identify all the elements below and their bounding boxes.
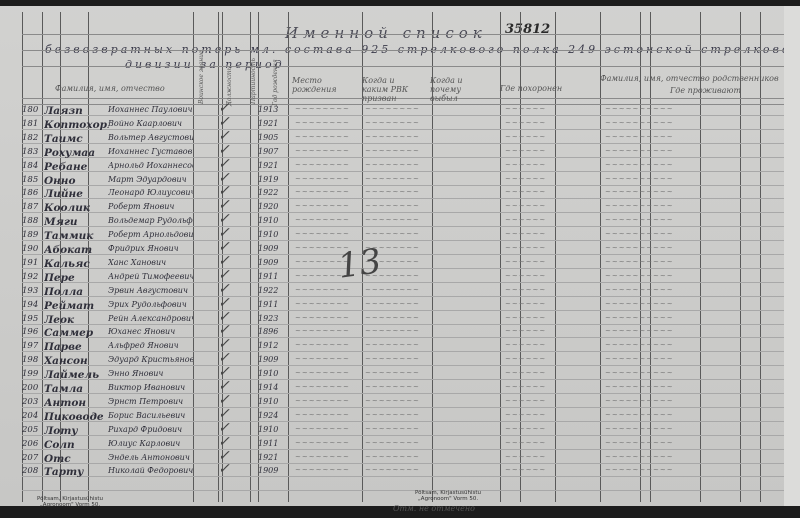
given-name: Войно Каарлович	[108, 119, 193, 128]
handwritten-cell: ~~~~~~~~~~	[295, 341, 350, 349]
row-number: 190	[22, 244, 44, 254]
row-number: 208	[22, 466, 44, 476]
handwritten-cell: ~~~~~~~~~~	[295, 466, 350, 474]
family-name: Леок	[44, 314, 109, 326]
handwritten-cell: ~~~~~~~~~~	[365, 286, 420, 294]
given-name: Эндель Антонович	[108, 453, 193, 462]
row-number: 189	[22, 230, 44, 240]
row-number: 188	[22, 216, 44, 226]
handwritten-cell: ~~~~~~~~~~	[505, 286, 545, 294]
handwritten-cell: ~~~~~~~~~~	[295, 411, 350, 419]
handwritten-cell: ~~~~~~~~~~	[365, 466, 420, 474]
family-name: Парве	[44, 341, 109, 353]
given-name: Леонард Юлиусович	[108, 188, 193, 197]
row-number: 204	[22, 411, 44, 421]
family-name: Кальяс	[44, 258, 109, 270]
family-name: Саммер	[44, 327, 109, 339]
handwritten-cell: ~~~~~~~~~~	[605, 314, 695, 322]
birth-year: 1910	[258, 230, 284, 239]
printer-mark-left: Pöltsam, Kirjastusühistu „Agronoom" Vorm…	[20, 496, 120, 508]
given-name: Вольтер Августович	[108, 133, 193, 142]
handwritten-cell: ~~~~~~~~~~	[365, 230, 420, 238]
family-name: Рохумаа	[44, 147, 109, 159]
handwritten-cell: ~~~~~~~~~~	[505, 341, 545, 349]
column-header-left: Когда и почему выбыл	[430, 76, 485, 103]
handwritten-cell: ~~~~~~~~~~	[365, 341, 420, 349]
handwritten-cell: ~~~~~~~~~~	[365, 188, 420, 196]
handwritten-cell: ~~~~~~~~~~	[605, 425, 695, 433]
handwritten-number: 13	[335, 241, 383, 287]
handwritten-cell: ~~~~~~~~~~	[505, 383, 545, 391]
birth-year: 1922	[258, 286, 284, 295]
row-number: 180	[22, 105, 44, 115]
birth-year: 1909	[258, 244, 284, 253]
given-name: Фридрих Янович	[108, 244, 193, 253]
handwritten-cell: ~~~~~~~~~~	[295, 355, 350, 363]
handwritten-cell: ~~~~~~~~~~	[505, 202, 545, 210]
handwritten-cell: ~~~~~~~~~~	[505, 216, 545, 224]
handwritten-cell: ~~~~~~~~~~	[605, 216, 695, 224]
birth-year: 1905	[258, 133, 284, 142]
handwritten-cell: ~~~~~~~~~~	[295, 439, 350, 447]
handwritten-cell: ~~~~~~~~~~	[295, 230, 350, 238]
row-number: 200	[22, 383, 44, 393]
family-name: Таимс	[44, 133, 109, 145]
printer-mark-center: Pöltsam, Kirjastusühistu „Agronoom" Vorm…	[398, 490, 498, 502]
family-name: Онно	[44, 175, 109, 187]
given-name: Роберт Арнольдович	[108, 230, 193, 239]
handwritten-cell: ~~~~~~~~~~	[295, 161, 350, 169]
given-name: Энно Янович	[108, 369, 193, 378]
handwritten-cell: ~~~~~~~~~~	[505, 466, 545, 474]
birth-year: 1910	[258, 425, 284, 434]
handwritten-cell: ~~~~~~~~~~	[505, 397, 545, 405]
handwritten-cell: ~~~~~~~~~~	[295, 383, 350, 391]
row-number: 184	[22, 161, 44, 171]
handwritten-cell: ~~~~~~~~~~	[505, 230, 545, 238]
handwritten-cell: ~~~~~~~~~~	[505, 244, 545, 252]
handwritten-cell: ~~~~~~~~~~	[605, 188, 695, 196]
handwritten-cell: ~~~~~~~~~~	[505, 425, 545, 433]
row-number: 187	[22, 202, 44, 212]
document-sheet: Именной список 35812 безвозвратных потер…	[0, 6, 792, 506]
family-name: Пере	[44, 272, 109, 284]
family-name: Тамла	[44, 383, 109, 395]
handwritten-cell: ~~~~~~~~~~	[365, 369, 420, 377]
handwritten-cell: ~~~~~~~~~~	[365, 216, 420, 224]
given-name: Виктор Иванович	[108, 383, 193, 392]
handwritten-cell: ~~~~~~~~~~	[365, 119, 420, 127]
handwritten-cell: ~~~~~~~~~~	[365, 105, 420, 113]
given-name: Эрих Рудольфович	[108, 300, 193, 309]
handwritten-cell: ~~~~~~~~~~	[605, 300, 695, 308]
family-name: Коолик	[44, 202, 109, 214]
given-name: Иоханнес Паулович	[108, 105, 193, 114]
handwritten-cell: ~~~~~~~~~~	[605, 397, 695, 405]
column-header-birthplace: Место рождения	[292, 76, 352, 94]
family-name: Лоту	[44, 425, 109, 437]
handwritten-cell: ~~~~~~~~~~	[505, 161, 545, 169]
family-name: Таммик	[44, 230, 109, 242]
family-name: Пиководе	[44, 411, 109, 423]
family-name: Ребане	[44, 161, 109, 173]
handwritten-cell: ~~~~~~~~~~	[365, 314, 420, 322]
handwritten-cell: ~~~~~~~~~~	[365, 202, 420, 210]
handwritten-cell: ~~~~~~~~~~	[365, 133, 420, 141]
handwritten-cell: ~~~~~~~~~~	[505, 258, 545, 266]
column-header-party: Партийность	[250, 74, 257, 104]
birth-year: 1923	[258, 314, 284, 323]
given-name: Альфред Янович	[108, 341, 193, 350]
handwritten-cell: ~~~~~~~~~~	[605, 202, 695, 210]
birth-year: 1910	[258, 216, 284, 225]
row-number: 192	[22, 272, 44, 282]
birth-year: 1924	[258, 411, 284, 420]
row-number: 199	[22, 369, 44, 379]
handwritten-cell: ~~~~~~~~~~	[365, 411, 420, 419]
handwritten-cell: ~~~~~~~~~~	[505, 369, 545, 377]
grid-line	[22, 50, 784, 51]
handwritten-cell: ~~~~~~~~~~	[605, 466, 695, 474]
handwritten-cell: ~~~~~~~~~~	[605, 439, 695, 447]
handwritten-cell: ~~~~~~~~~~	[295, 369, 350, 377]
handwritten-cell: ~~~~~~~~~~	[505, 188, 545, 196]
given-name: Вольдемар Рудольфович	[108, 216, 193, 225]
birth-year: 1907	[258, 147, 284, 156]
handwritten-cell: ~~~~~~~~~~	[505, 355, 545, 363]
family-name: Мяги	[44, 216, 109, 228]
handwritten-cell: ~~~~~~~~~~	[365, 300, 420, 308]
handwritten-cell: ~~~~~~~~~~	[365, 147, 420, 155]
birth-year: 1911	[258, 272, 284, 281]
column-header-called: Когда и каким РВК призван	[362, 76, 417, 103]
family-name: Солп	[44, 439, 109, 451]
family-name: Полла	[44, 286, 109, 298]
handwritten-cell: ~~~~~~~~~~	[365, 383, 420, 391]
birth-year: 1909	[258, 258, 284, 267]
family-name: Абокат	[44, 244, 109, 256]
row-number: 191	[22, 258, 44, 268]
given-name: Эрнст Петрович	[108, 397, 193, 406]
handwritten-cell: ~~~~~~~~~~	[295, 300, 350, 308]
row-number: 206	[22, 439, 44, 449]
handwritten-cell: ~~~~~~~~~~	[295, 314, 350, 322]
family-name: Лаязп	[44, 105, 109, 117]
given-name: Эдуард Кристьянович	[108, 355, 193, 364]
signature: Отм. не отмечено	[393, 504, 475, 513]
handwritten-cell: ~~~~~~~~~~	[295, 175, 350, 183]
handwritten-cell: ~~~~~~~~~~	[365, 397, 420, 405]
handwritten-cell: ~~~~~~~~~~	[365, 327, 420, 335]
handwritten-cell: ~~~~~~~~~~	[365, 175, 420, 183]
given-name: Рихард Фридович	[108, 425, 193, 434]
row-number: 196	[22, 327, 44, 337]
row-number: 205	[22, 425, 44, 435]
handwritten-cell: ~~~~~~~~~~	[605, 383, 695, 391]
given-name: Борис Васильевич	[108, 411, 193, 420]
handwritten-cell: ~~~~~~~~~~	[295, 105, 350, 113]
row-number: 197	[22, 341, 44, 351]
handwritten-cell: ~~~~~~~~~~	[295, 286, 350, 294]
handwritten-cell: ~~~~~~~~~~	[605, 161, 695, 169]
handwritten-cell: ~~~~~~~~~~	[295, 133, 350, 141]
birth-year: 1921	[258, 119, 284, 128]
handwritten-cell: ~~~~~~~~~~	[505, 175, 545, 183]
handwritten-cell: ~~~~~~~~~~	[295, 119, 350, 127]
handwritten-cell: ~~~~~~~~~~	[605, 327, 695, 335]
handwritten-cell: ~~~~~~~~~~	[295, 397, 350, 405]
given-name: Андрей Тимофеевич	[108, 272, 193, 281]
row-number: 181	[22, 119, 44, 129]
document-title: Именной список	[285, 24, 487, 42]
given-name: Ханс Ханович	[108, 258, 193, 267]
birth-year: 1896	[258, 327, 284, 336]
row-number: 186	[22, 188, 44, 198]
handwritten-cell: ~~~~~~~~~~	[605, 133, 695, 141]
row-number: 182	[22, 133, 44, 143]
handwritten-cell: ~~~~~~~~~~	[505, 411, 545, 419]
birth-year: 1909	[258, 466, 284, 475]
handwritten-cell: ~~~~~~~~~~	[605, 453, 695, 461]
given-name: Март Эдуардович	[108, 175, 193, 184]
handwritten-cell: ~~~~~~~~~~	[605, 119, 695, 127]
handwritten-cell: ~~~~~~~~~~	[605, 244, 695, 252]
given-name: Эрвин Августович	[108, 286, 193, 295]
birth-year: 1919	[258, 175, 284, 184]
handwritten-cell: ~~~~~~~~~~	[365, 161, 420, 169]
birth-year: 1909	[258, 355, 284, 364]
row-number: 195	[22, 314, 44, 324]
family-name: Лийне	[44, 188, 109, 200]
column-header-address: Где проживают	[670, 86, 741, 95]
handwritten-cell: ~~~~~~~~~~	[605, 411, 695, 419]
row-number: 194	[22, 300, 44, 310]
family-name: Коптохорм	[44, 119, 109, 131]
birth-year: 1912	[258, 341, 284, 350]
given-name: Арнольд Иоханнесович	[108, 161, 193, 170]
handwritten-cell: ~~~~~~~~~~	[505, 147, 545, 155]
handwritten-cell: ~~~~~~~~~~	[605, 341, 695, 349]
handwritten-cell: ~~~~~~~~~~	[295, 453, 350, 461]
family-name: Тарту	[44, 466, 109, 478]
given-name: Юханес Янович	[108, 327, 193, 336]
birth-year: 1921	[258, 453, 284, 462]
handwritten-cell: ~~~~~~~~~~	[505, 105, 545, 113]
handwritten-cell: ~~~~~~~~~~	[505, 453, 545, 461]
handwritten-cell: ~~~~~~~~~~	[605, 355, 695, 363]
handwritten-cell: ~~~~~~~~~~	[365, 453, 420, 461]
handwritten-cell: ~~~~~~~~~~	[365, 425, 420, 433]
handwritten-cell: ~~~~~~~~~~	[505, 327, 545, 335]
row-number: 198	[22, 355, 44, 365]
handwritten-cell: ~~~~~~~~~~	[295, 425, 350, 433]
birth-year: 1913	[258, 105, 284, 114]
column-header-name: Фамилия, имя, отчество	[55, 84, 165, 93]
row-number: 207	[22, 453, 44, 463]
handwritten-cell: ~~~~~~~~~~	[505, 300, 545, 308]
handwritten-cell: ~~~~~~~~~~	[605, 369, 695, 377]
handwritten-cell: ~~~~~~~~~~	[295, 147, 350, 155]
row-number: 193	[22, 286, 44, 296]
column-header-rank: Воинское звание	[198, 74, 205, 104]
family-name: Антон	[44, 397, 109, 409]
handwritten-cell: ~~~~~~~~~~	[605, 147, 695, 155]
birth-year: 1910	[258, 369, 284, 378]
birth-year: 1911	[258, 300, 284, 309]
handwritten-cell: ~~~~~~~~~~	[605, 230, 695, 238]
handwritten-cell: ~~~~~~~~~~	[605, 286, 695, 294]
grid-line	[22, 66, 784, 67]
table-row: 208ТартуНиколай Федорович1909✓~~~~~~~~~~…	[0, 466, 792, 483]
given-name: Юлиус Карлович	[108, 439, 193, 448]
given-name: Иоханнес Густавович	[108, 147, 193, 156]
handwritten-cell: ~~~~~~~~~~	[605, 175, 695, 183]
handwritten-cell: ~~~~~~~~~~	[365, 439, 420, 447]
handwritten-cell: ~~~~~~~~~~	[295, 327, 350, 335]
handwritten-cell: ~~~~~~~~~~	[505, 439, 545, 447]
birth-year: 1922	[258, 188, 284, 197]
row-number: 203	[22, 397, 44, 407]
birth-year: 1921	[258, 161, 284, 170]
handwritten-cell: ~~~~~~~~~~	[295, 188, 350, 196]
handwritten-cell: ~~~~~~~~~~	[505, 119, 545, 127]
handwritten-cell: ~~~~~~~~~~	[365, 355, 420, 363]
handwritten-cell: ~~~~~~~~~~	[505, 272, 545, 280]
handwritten-cell: ~~~~~~~~~~	[295, 202, 350, 210]
handwritten-cell: ~~~~~~~~~~	[505, 133, 545, 141]
row-number: 183	[22, 147, 44, 157]
handwritten-cell: ~~~~~~~~~~	[505, 314, 545, 322]
family-name: Хансон	[44, 355, 109, 367]
handwritten-cell: ~~~~~~~~~~	[605, 258, 695, 266]
handwritten-cell: ~~~~~~~~~~	[605, 272, 695, 280]
grid-line	[22, 34, 784, 35]
birth-year: 1914	[258, 383, 284, 392]
handwritten-cell: ~~~~~~~~~~	[605, 105, 695, 113]
family-name: Реймат	[44, 300, 109, 312]
birth-year: 1911	[258, 439, 284, 448]
birth-year: 1920	[258, 202, 284, 211]
family-name: Лаймель	[44, 369, 109, 381]
column-header-relatives: Фамилия, имя, отчество родственников	[600, 74, 779, 83]
given-name: Николай Федорович	[108, 466, 193, 475]
family-name: Отс	[44, 453, 109, 465]
birth-year: 1910	[258, 397, 284, 406]
check-mark-icon: ✓	[218, 461, 234, 477]
column-header-buried: Где похоронен	[500, 84, 562, 93]
given-name: Роберт Янович	[108, 202, 193, 211]
row-number: 185	[22, 175, 44, 185]
given-name: Рейн Александрович	[108, 314, 193, 323]
handwritten-cell: ~~~~~~~~~~	[295, 216, 350, 224]
column-header-year: Год рождения	[272, 68, 279, 106]
